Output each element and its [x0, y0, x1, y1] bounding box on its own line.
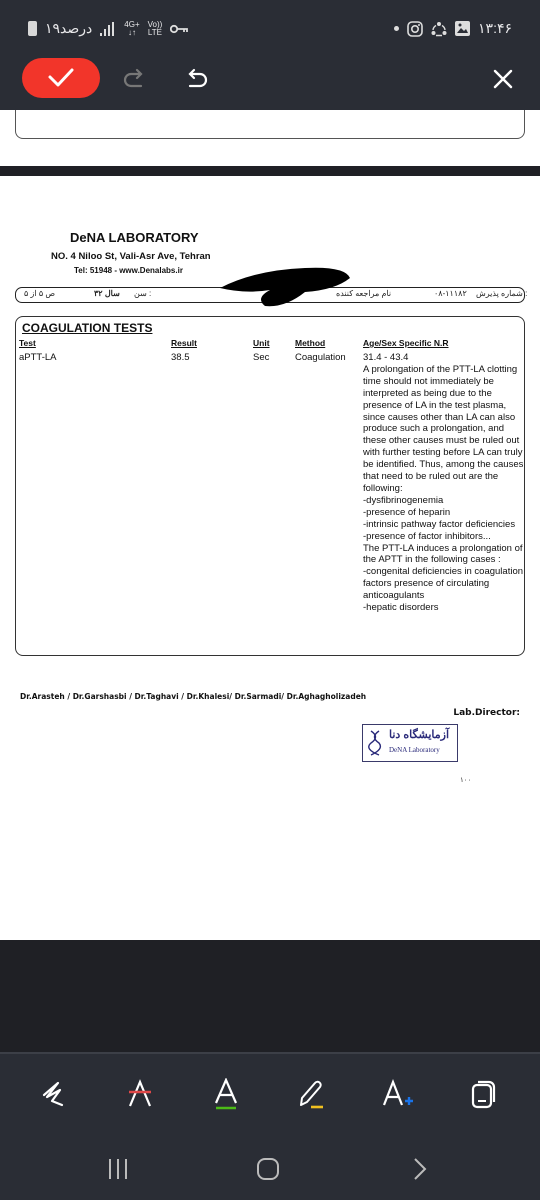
dot-icon — [394, 26, 399, 31]
clock: ۱۳:۴۶ — [478, 20, 512, 37]
gallery-icon — [455, 21, 470, 36]
home-button[interactable] — [248, 1149, 288, 1189]
previous-page-box — [15, 110, 525, 139]
battery-text: ۱۹درصد — [45, 20, 92, 37]
page-number: ۱۰۰ — [460, 776, 471, 784]
test-name: aPTT-LA — [19, 352, 57, 363]
test-normal-range-note: 31.4 - 43.4 A prolongation of the PTT-LA… — [363, 352, 525, 614]
section-title: COAGULATION TESTS — [22, 321, 152, 335]
home-icon — [256, 1157, 280, 1181]
highlight-tool-button[interactable] — [292, 1074, 332, 1114]
freehand-draw-icon — [40, 1079, 68, 1109]
strikethrough-icon — [127, 1079, 153, 1109]
close-button[interactable] — [488, 64, 518, 94]
undo-icon — [186, 66, 210, 92]
dna-icon — [368, 729, 382, 757]
share-icon — [431, 21, 447, 37]
viewer-background — [0, 940, 540, 1052]
add-text-tool-button[interactable] — [378, 1074, 418, 1114]
status-right: ۱۳:۴۶ — [394, 20, 512, 37]
lab-director-label: Lab.Director: — [453, 708, 520, 718]
annotation-toolbar — [0, 1054, 540, 1200]
age-value: ۳۲ سال — [94, 289, 120, 298]
highlighter-icon — [297, 1078, 327, 1110]
close-icon — [492, 68, 514, 90]
done-button[interactable] — [22, 58, 100, 98]
copy-tool-button[interactable] — [464, 1074, 504, 1114]
lab-stamp: آزمایشگاه دنا DeNA Laboratory — [362, 724, 458, 762]
underline-tool-button[interactable] — [206, 1074, 246, 1114]
test-method: Coagulation — [295, 352, 346, 363]
battery-icon — [28, 21, 37, 36]
signal-icon — [100, 22, 116, 36]
network-4g: 4G+↓↑ — [124, 21, 139, 37]
column-method: Method — [295, 338, 325, 348]
add-text-icon — [382, 1079, 414, 1109]
lab-tel: Tel: 51948 - www.Denalabs.ir — [74, 266, 183, 275]
edit-toolbar — [0, 58, 540, 102]
redaction-scribble — [215, 260, 355, 310]
network-volte: Vo))LTE — [148, 21, 163, 37]
copy-icon — [470, 1079, 498, 1109]
vpn-key-icon — [170, 24, 188, 34]
status-left: ۱۹درصد 4G+↓↑ Vo))LTE — [28, 20, 188, 37]
reception-value: ۰۸-۱۱۱۸۲ — [434, 289, 467, 298]
strikethrough-tool-button[interactable] — [120, 1074, 160, 1114]
test-result: 38.5 — [171, 352, 190, 363]
results-box: COAGULATION TESTS Test Result Unit Metho… — [15, 316, 525, 656]
status-bar: ۱۹درصد 4G+↓↑ Vo))LTE ۱۳:۴۶ — [0, 0, 540, 60]
test-unit: Sec — [253, 352, 269, 363]
age-label: سن : — [134, 289, 151, 298]
checkmark-icon — [47, 67, 75, 89]
recents-button[interactable] — [98, 1149, 138, 1189]
underline-icon — [213, 1078, 239, 1110]
back-button[interactable] — [400, 1149, 440, 1189]
column-result: Result — [171, 338, 197, 348]
reception-label: شماره پذیرش : — [476, 289, 527, 298]
doctors-list: Dr.Arasteh / Dr.Garshasbi / Dr.Taghavi /… — [20, 692, 366, 701]
draw-tool-button[interactable] — [34, 1074, 74, 1114]
recents-icon — [107, 1158, 129, 1180]
back-icon — [412, 1157, 428, 1181]
column-normal-range: Age/Sex Specific N.R — [363, 338, 449, 348]
column-test: Test — [19, 338, 36, 348]
redo-button[interactable] — [118, 64, 148, 94]
page-indicator: ص ۵ از ۵ — [24, 289, 55, 298]
document-viewer[interactable]: DeNA LABORATORY NO. 4 Niloo St, Vali-Asr… — [0, 110, 540, 940]
lab-name: DeNA LABORATORY — [70, 230, 199, 245]
instagram-icon — [407, 21, 423, 37]
column-unit: Unit — [253, 338, 270, 348]
redo-icon — [121, 66, 145, 92]
undo-button[interactable] — [183, 64, 213, 94]
lab-address: NO. 4 Niloo St, Vali-Asr Ave, Tehran — [51, 251, 211, 262]
page-separator — [0, 166, 540, 176]
